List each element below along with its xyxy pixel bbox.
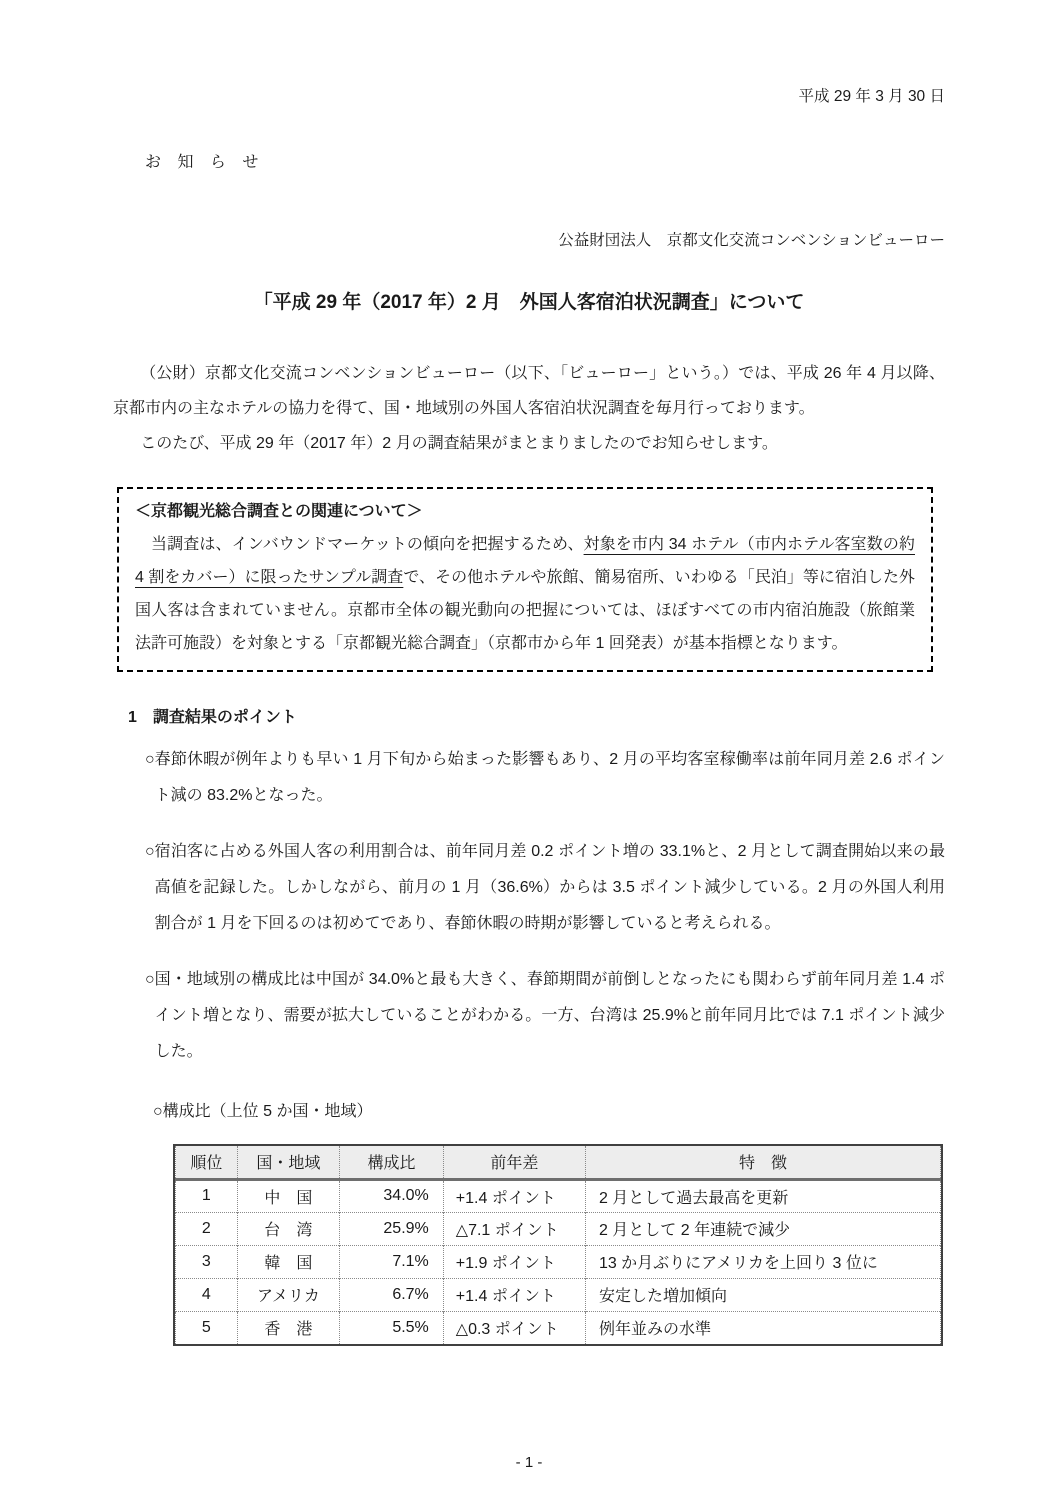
country-cell: 韓 国 xyxy=(237,1245,339,1278)
country-cell: 中 国 xyxy=(237,1179,339,1212)
feature-cell: 2 月として 2 年連続で減少 xyxy=(585,1212,940,1245)
circle-bullet-icon: ○ xyxy=(145,834,155,942)
yoy-cell: +1.4 ポイント xyxy=(443,1278,585,1311)
table-header-row: 順位 国・地域 構成比 前年差 特 徴 xyxy=(176,1146,941,1179)
yoy-cell: +1.9 ポイント xyxy=(443,1245,585,1278)
table-row: 2 台 湾 25.9% △7.1 ポイント 2 月として 2 年連続で減少 xyxy=(176,1212,941,1245)
feature-cell: 13 か月ぶりにアメリカを上回り 3 位に xyxy=(585,1245,940,1278)
list-item: ○ 宿泊客に占める外国人客の利用割合は、前年同月差 0.2 ポイント増の 33.… xyxy=(145,834,945,942)
country-cell: 香 港 xyxy=(237,1311,339,1344)
notice-label: お 知 ら せ xyxy=(145,152,945,174)
rank-cell: 1 xyxy=(176,1179,238,1212)
circle-bullet-icon: ○ xyxy=(145,742,155,814)
yoy-cell: +1.4 ポイント xyxy=(443,1179,585,1212)
country-cell: アメリカ xyxy=(237,1278,339,1311)
finding-occupancy-rate: 春節休暇が例年よりも早い 1 月下旬から始まった影響もあり、2 月の平均客室稼働… xyxy=(155,742,945,814)
composition-table-heading: ○構成比（上位 5 か国・地域） xyxy=(153,1100,945,1124)
related-box-heading: ＜京都観光総合調査との関連について＞ xyxy=(135,495,915,528)
document-title: 「平成 29 年（2017 年）2 月 外国人客宿泊状況調査」について xyxy=(113,290,945,316)
section-1-heading: 1 調査結果のポイント xyxy=(128,706,945,730)
table-row: 1 中 国 34.0% +1.4 ポイント 2 月として過去最高を更新 xyxy=(176,1179,941,1212)
yoy-cell: △0.3 ポイント xyxy=(443,1311,585,1344)
feature-cell: 安定した増加傾向 xyxy=(585,1278,940,1311)
feature-cell: 例年並みの水準 xyxy=(585,1311,940,1344)
rank-cell: 2 xyxy=(176,1212,238,1245)
intro-paragraph-1: （公財）京都文化交流コンベンションビューロー（以下、「ビューロー」という。）では… xyxy=(113,356,945,426)
list-item: ○ 国・地域別の構成比は中国が 34.0%と最も大きく、春節期間が前倒しとなった… xyxy=(145,962,945,1070)
composition-table: 順位 国・地域 構成比 前年差 特 徴 1 中 国 34.0% +1.4 ポイン… xyxy=(173,1144,943,1346)
rank-cell: 3 xyxy=(176,1245,238,1278)
yoy-cell: △7.1 ポイント xyxy=(443,1212,585,1245)
column-header-country: 国・地域 xyxy=(237,1146,339,1179)
finding-foreign-guest-ratio: 宿泊客に占める外国人客の利用割合は、前年同月差 0.2 ポイント増の 33.1%… xyxy=(155,834,945,942)
related-survey-note-box: ＜京都観光総合調査との関連について＞ 当調査は、インバウンドマーケットの傾向を把… xyxy=(117,487,933,672)
table-row: 4 アメリカ 6.7% +1.4 ポイント 安定した増加傾向 xyxy=(176,1278,941,1311)
share-cell: 34.0% xyxy=(340,1179,444,1212)
intro-section: （公財）京都文化交流コンベンションビューロー（以下、「ビューロー」という。）では… xyxy=(113,356,945,461)
column-header-feature: 特 徴 xyxy=(585,1146,940,1179)
share-cell: 7.1% xyxy=(340,1245,444,1278)
column-header-share: 構成比 xyxy=(340,1146,444,1179)
page-number: - 1 - xyxy=(0,1454,1058,1471)
finding-country-composition: 国・地域別の構成比は中国が 34.0%と最も大きく、春節期間が前倒しとなったにも… xyxy=(155,962,945,1070)
circle-bullet-icon: ○ xyxy=(145,962,155,1070)
share-cell: 5.5% xyxy=(340,1311,444,1344)
column-header-rank: 順位 xyxy=(176,1146,238,1179)
share-cell: 6.7% xyxy=(340,1278,444,1311)
document-date: 平成 29 年 3 月 30 日 xyxy=(113,86,945,108)
table-row: 5 香 港 5.5% △0.3 ポイント 例年並みの水準 xyxy=(176,1311,941,1344)
related-box-body: 当調査は、インバウンドマーケットの傾向を把握するため、対象を市内 34 ホテル（… xyxy=(135,528,915,660)
rank-cell: 5 xyxy=(176,1311,238,1344)
related-box-text-lead: 当調査は、インバウンドマーケットの傾向を把握するため、 xyxy=(151,536,584,553)
list-item: ○ 春節休暇が例年よりも早い 1 月下旬から始まった影響もあり、2 月の平均客室… xyxy=(145,742,945,814)
document-page: 平成 29 年 3 月 30 日 お 知 ら せ 公益財団法人 京都文化交流コン… xyxy=(0,0,1058,1497)
table-row: 3 韓 国 7.1% +1.9 ポイント 13 か月ぶりにアメリカを上回り 3 … xyxy=(176,1245,941,1278)
column-header-yoy: 前年差 xyxy=(443,1146,585,1179)
findings-list: ○ 春節休暇が例年よりも早い 1 月下旬から始まった影響もあり、2 月の平均客室… xyxy=(145,742,945,1070)
rank-cell: 4 xyxy=(176,1278,238,1311)
feature-cell: 2 月として過去最高を更新 xyxy=(585,1179,940,1212)
share-cell: 25.9% xyxy=(340,1212,444,1245)
intro-paragraph-2: このたび、平成 29 年（2017 年）2 月の調査結果がまとまりましたのでお知… xyxy=(113,426,945,461)
organization-name: 公益財団法人 京都文化交流コンベンションビューロー xyxy=(113,230,945,252)
country-cell: 台 湾 xyxy=(237,1212,339,1245)
